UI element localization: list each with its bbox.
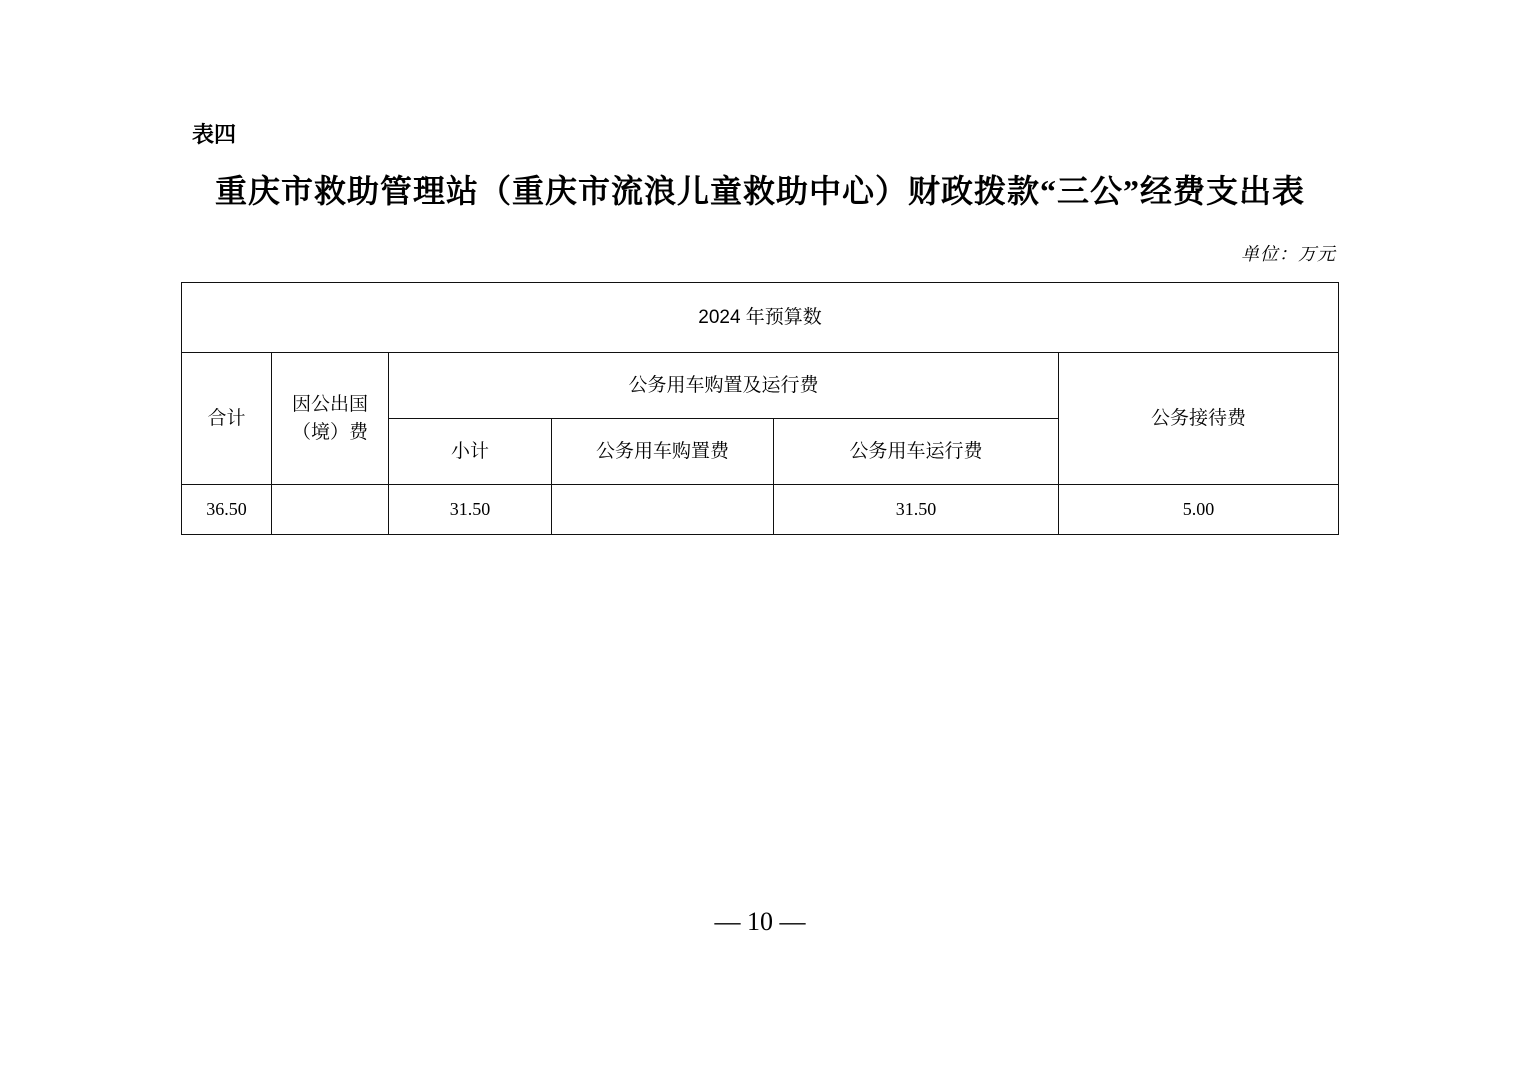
cell-vehicle-operation: 31.50	[774, 485, 1059, 535]
header-vehicle-operation: 公务用车运行费	[774, 419, 1059, 485]
header-abroad-expense: 因公出国 （境）费	[272, 353, 389, 485]
header-abroad-line1: 因公出国	[272, 391, 388, 419]
table-header-row-1: 合计 因公出国 （境）费 公务用车购置及运行费 公务接待费	[182, 353, 1339, 419]
page-number: — 10 —	[0, 907, 1520, 937]
budget-table: 2024 年预算数 合计 因公出国 （境）费 公务用车购置及运行费 公务接待费 …	[181, 282, 1339, 535]
cell-reception: 5.00	[1059, 485, 1339, 535]
header-year-budget: 2024 年预算数	[182, 283, 1339, 353]
header-vehicle-subtotal: 小计	[389, 419, 552, 485]
cell-vehicle-purchase	[552, 485, 774, 535]
unit-note: 单位：万元	[1241, 240, 1336, 266]
header-reception: 公务接待费	[1059, 353, 1339, 485]
table-title-row: 2024 年预算数	[182, 283, 1339, 353]
header-total: 合计	[182, 353, 272, 485]
table-data-row: 36.50 31.50 31.50 5.00	[182, 485, 1339, 535]
cell-abroad	[272, 485, 389, 535]
cell-total: 36.50	[182, 485, 272, 535]
header-vehicle-purchase: 公务用车购置费	[552, 419, 774, 485]
document-title: 重庆市救助管理站（重庆市流浪儿童救助中心）财政拨款“三公”经费支出表	[0, 172, 1520, 210]
document-page: 表四 重庆市救助管理站（重庆市流浪儿童救助中心）财政拨款“三公”经费支出表 单位…	[0, 0, 1520, 1074]
header-abroad-line2: （境）费	[272, 419, 388, 447]
header-vehicle-group: 公务用车购置及运行费	[389, 353, 1059, 419]
table-caption-label: 表四	[192, 122, 236, 148]
cell-vehicle-subtotal: 31.50	[389, 485, 552, 535]
